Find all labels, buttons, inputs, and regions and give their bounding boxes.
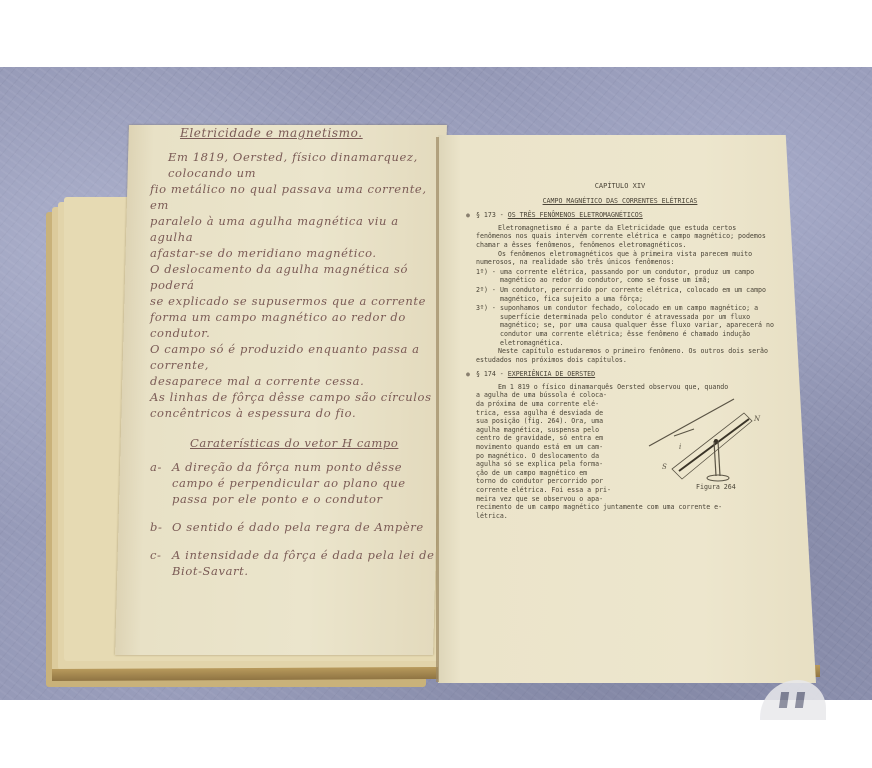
text-line: a agulha de uma bússola é coloca- <box>476 391 634 400</box>
svg-text:i: i <box>679 443 681 451</box>
hand-line: As linhas de fôrça dêsse campo são círcu… <box>150 389 435 405</box>
phenomenon-item: 3º) - suponhamos um condutor fechado, co… <box>476 304 774 347</box>
text-line: movimento quando está em um cam- <box>476 443 634 452</box>
book-photo: Eletricidade e magnetismo. Em 1819, Oers… <box>0 67 872 700</box>
item-number: 3º) - <box>476 304 500 347</box>
hand-item: a- A direção da fôrça num ponto dêsse ca… <box>150 459 435 507</box>
printed-text: CAPÍTULO XIV CAMPO MAGNÉTICO DAS CORRENT… <box>466 182 774 520</box>
item-text: Um condutor, percorrido por corrente elé… <box>500 286 774 303</box>
handwritten-title: Eletricidade e magnetismo. <box>180 125 435 141</box>
phenomenon-item: 2º) - Um condutor, percorrido por corren… <box>476 286 774 303</box>
book-gutter <box>436 137 439 682</box>
hand-line: afastar-se do meridiano magnético. <box>150 245 435 261</box>
section-lead: Os fenômenos eletromagnéticos que à prim… <box>476 250 774 267</box>
text-line: centro de gravidade, só entra em <box>476 434 634 443</box>
chapter-number: CAPÍTULO XIV <box>466 182 774 191</box>
section-intro: Eletromagnetismo é a parte da Eletricida… <box>476 224 774 250</box>
wrapped-text: a agulha de uma bússola é coloca- da pró… <box>476 391 634 503</box>
text-line: agulha magnética, suspensa pelo <box>476 426 634 435</box>
hand-line: paralelo à uma agulha magnética viu a ag… <box>150 213 435 245</box>
item-text: suponhamos um condutor fechado, colocado… <box>500 304 774 347</box>
hand-line: se explicado se supusermos que a corrent… <box>150 293 435 309</box>
figure-264: i N S Figura 264 <box>634 391 774 503</box>
handwritten-subtitle: Caraterísticas do vetor H campo <box>190 435 435 451</box>
hand-line: desaparece mal a corrente cessa. <box>150 373 435 389</box>
bullet-dot-icon: ● <box>466 370 470 378</box>
text-line: da próxima de uma corrente elé- <box>476 400 634 409</box>
figure-wrap: a agulha de uma bússola é coloca- da pró… <box>476 391 774 503</box>
bullet-dot-icon: ● <box>466 211 470 219</box>
section-title: EXPERIÊNCIA DE OERSTED <box>508 370 595 378</box>
hand-item: c- A intensidade da fôrça é dada pela le… <box>150 547 435 579</box>
item-text: O sentido é dado pela regra de Ampère <box>172 519 424 535</box>
text-line: trica, essa agulha é desviada de <box>476 409 634 418</box>
handwritten-notes: Eletricidade e magnetismo. Em 1819, Oers… <box>150 125 435 585</box>
text-line: agulha só se explica pela forma- <box>476 460 634 469</box>
hand-line: Em 1819, Oersted, físico dinamarquez, co… <box>168 149 435 181</box>
hand-line: concêntricos à espessura do fio. <box>150 405 435 421</box>
hand-item: b- O sentido é dado pela regra de Ampère <box>150 519 435 535</box>
section-173-heading: ●§ 173 - OS TRÊS FENÔMENOS ELETROMAGNÉTI… <box>466 211 774 220</box>
oersted-first-line: Em 1 819 o físico dinamarquês Oersted ob… <box>476 383 774 392</box>
hand-line: O campo só é produzido enquanto passa a … <box>150 341 435 373</box>
item-number: 2º) - <box>476 286 500 303</box>
svg-text:S: S <box>662 463 667 471</box>
item-marker: a- <box>150 459 172 507</box>
figure-caption: Figura 264 <box>696 483 736 492</box>
svg-text:N: N <box>753 415 761 423</box>
item-marker: b- <box>150 519 172 535</box>
item-number: 1º) - <box>476 268 500 285</box>
hand-line: O deslocamento da agulha magnética só po… <box>150 261 435 293</box>
phenomenon-item: 1º) - uma corrente elétrica, passando po… <box>476 268 774 285</box>
text-line: meira vez que se observou o apa- <box>476 495 634 504</box>
item-text: uma corrente elétrica, passando por um c… <box>500 268 774 285</box>
section-closing: Neste capítulo estudaremos o primeiro fe… <box>476 347 774 364</box>
section-174-heading: ●§ 174 - EXPERIÊNCIA DE OERSTED <box>466 370 774 379</box>
section-title: OS TRÊS FENÔMENOS ELETROMAGNÉTICOS <box>508 211 643 219</box>
chapter-title: CAMPO MAGNÉTICO DAS CORRENTES ELÉTRICAS <box>466 197 774 206</box>
item-text: A direção da fôrça num ponto dêsse campo… <box>172 459 435 507</box>
compass-needle-diagram-icon: i N S <box>634 391 774 491</box>
text-line: recimento de um campo magnético juntamen… <box>476 503 774 512</box>
item-marker: c- <box>150 547 172 579</box>
section-number: § 174 - <box>476 370 504 378</box>
text-line: sua posição (fig. 264). Ora, uma <box>476 417 634 426</box>
text-line: corrente elétrica. Foi essa a pri- <box>476 486 634 495</box>
text-line: po magnético. O deslocamento da <box>476 452 634 461</box>
hand-line: fio metálico no qual passava uma corrent… <box>150 181 435 213</box>
text-line: torno do condutor percorrido por <box>476 477 634 486</box>
hand-line: forma um campo magnético ao redor do con… <box>150 309 435 341</box>
text-line: ção de um campo magnético em <box>476 469 634 478</box>
section-number: § 173 - <box>476 211 504 219</box>
handwritten-paragraph: Em 1819, Oersted, físico dinamarquez, co… <box>150 149 435 421</box>
item-text: A intensidade da fôrça é dada pela lei d… <box>172 547 435 579</box>
text-line: létrica. <box>476 512 774 521</box>
